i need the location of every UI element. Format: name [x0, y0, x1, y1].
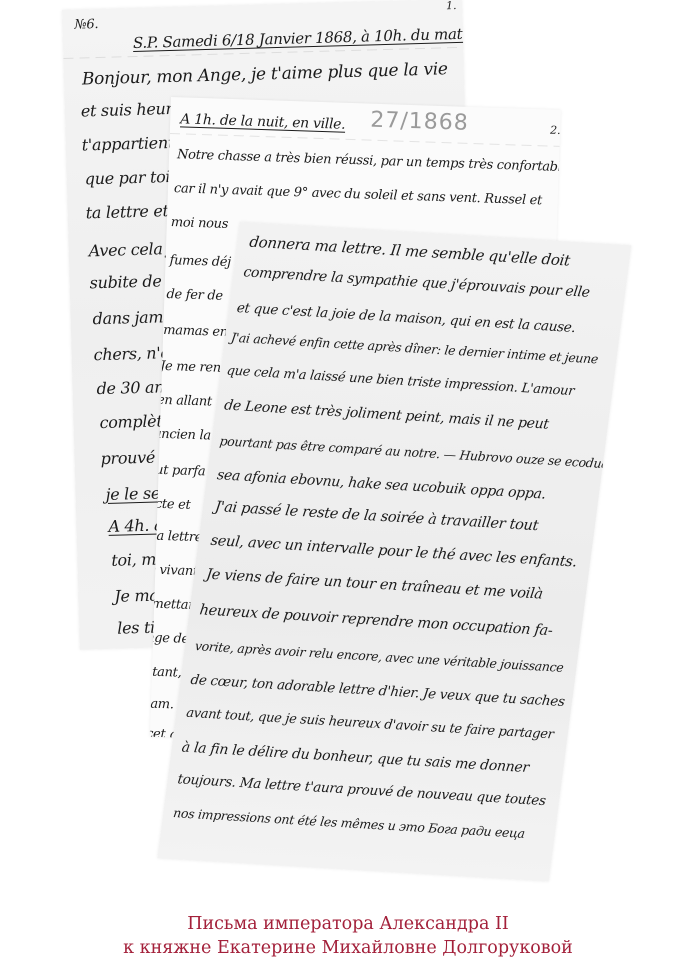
letter-line: que par toi.	[84, 167, 175, 189]
letter-line: fumes déj	[169, 253, 231, 270]
letter-line: que cela m'a laissé une bien triste impr…	[226, 364, 575, 400]
letter-line: Je viens de faire un tour en traîneau et…	[205, 567, 543, 603]
letter-line: Bisam.	[150, 696, 174, 712]
archive-mark: 27/1868	[370, 108, 469, 136]
letter-body	[62, 0, 462, 10]
letter-line: toujours. Ma lettre t'aura prouvé de nou…	[177, 771, 547, 809]
caption-line-1: Письма императора Александра II	[0, 912, 696, 936]
letter-heading: A 1h. de la nuit, en ville.	[180, 111, 346, 132]
letter-line: comprendre la sympathie que j'éprouvais …	[242, 264, 590, 300]
letter-line: Je me ren	[160, 359, 221, 376]
letter-line: donnera ma lettre. Il me semble qu'elle …	[248, 233, 571, 270]
letter-line: car il n'y avait que 9° avec du soleil e…	[174, 181, 543, 208]
letter-line: t'appartient	[82, 133, 175, 155]
letter-line: instant,	[150, 664, 182, 681]
letters-collage: №6. 1. S.P. Samedi 6/18 Janvier 1868, à …	[0, 0, 696, 880]
letter-line: Ange de	[150, 630, 189, 647]
letter-line: mamas en	[163, 323, 228, 340]
letter-line: heureux de pouvoir reprendre mon occupat…	[199, 602, 554, 639]
letter-line: fut parfa	[150, 463, 205, 480]
letter-line: ce vivant	[150, 562, 198, 579]
letter-line: seul, avec un intervalle pour le thé ave…	[210, 533, 578, 571]
letter-line: à la fin le délire du bonheur, que tu sa…	[181, 740, 530, 777]
letter-line: ma lettre	[150, 528, 203, 545]
caption: Письма императора Александра II к княжне…	[0, 912, 696, 960]
letter-line: ancien la	[154, 427, 211, 444]
letter-line: et que c'est la joie de la maison, qui e…	[236, 300, 577, 336]
caption-line-2: к княжне Екатерине Михайловне Долгоруков…	[0, 936, 696, 960]
letter-line: de cœur, ton adorable lettre d'hier. Je …	[190, 672, 566, 710]
page-number: 2.	[550, 124, 561, 137]
letter-line: prouvé	[100, 448, 155, 469]
letter-line: vorite, après avoir relu encore, avec un…	[194, 638, 564, 675]
letter-line: nos impressions ont été les mêmes и это …	[172, 805, 525, 841]
letter-number: №6.	[74, 17, 98, 33]
page-number: 1.	[446, 0, 457, 12]
letter-line: avant tout, que je suis heureux d'avoir …	[185, 706, 554, 743]
letter-line: pourtant pas être comparé au notre. — Hu…	[219, 433, 610, 471]
letter-line: de fer de	[166, 287, 223, 304]
letter-line: J'ai passé le reste de la soirée à trava…	[214, 499, 539, 534]
letter-page-3: donnera ma lettre. Il me semble qu'elle …	[157, 222, 631, 881]
letter-line: de Leone est très joliment peint, mais i…	[223, 397, 549, 432]
letter-line: Bonjour, mon Ange, je t'aime plus que la…	[82, 59, 448, 89]
letter-line: J'ai achevé enfin cette après dîner: le …	[230, 330, 599, 367]
letter-line: Notre chasse a très bien réussi, par un …	[177, 147, 561, 175]
letter-line: sea afonia ebovnu, hake sea ucobuik oppa…	[216, 467, 547, 502]
letter-line: en allant	[157, 393, 212, 410]
letter-line: subite de 3	[89, 271, 176, 292]
letter-line: moi nous	[171, 215, 229, 232]
